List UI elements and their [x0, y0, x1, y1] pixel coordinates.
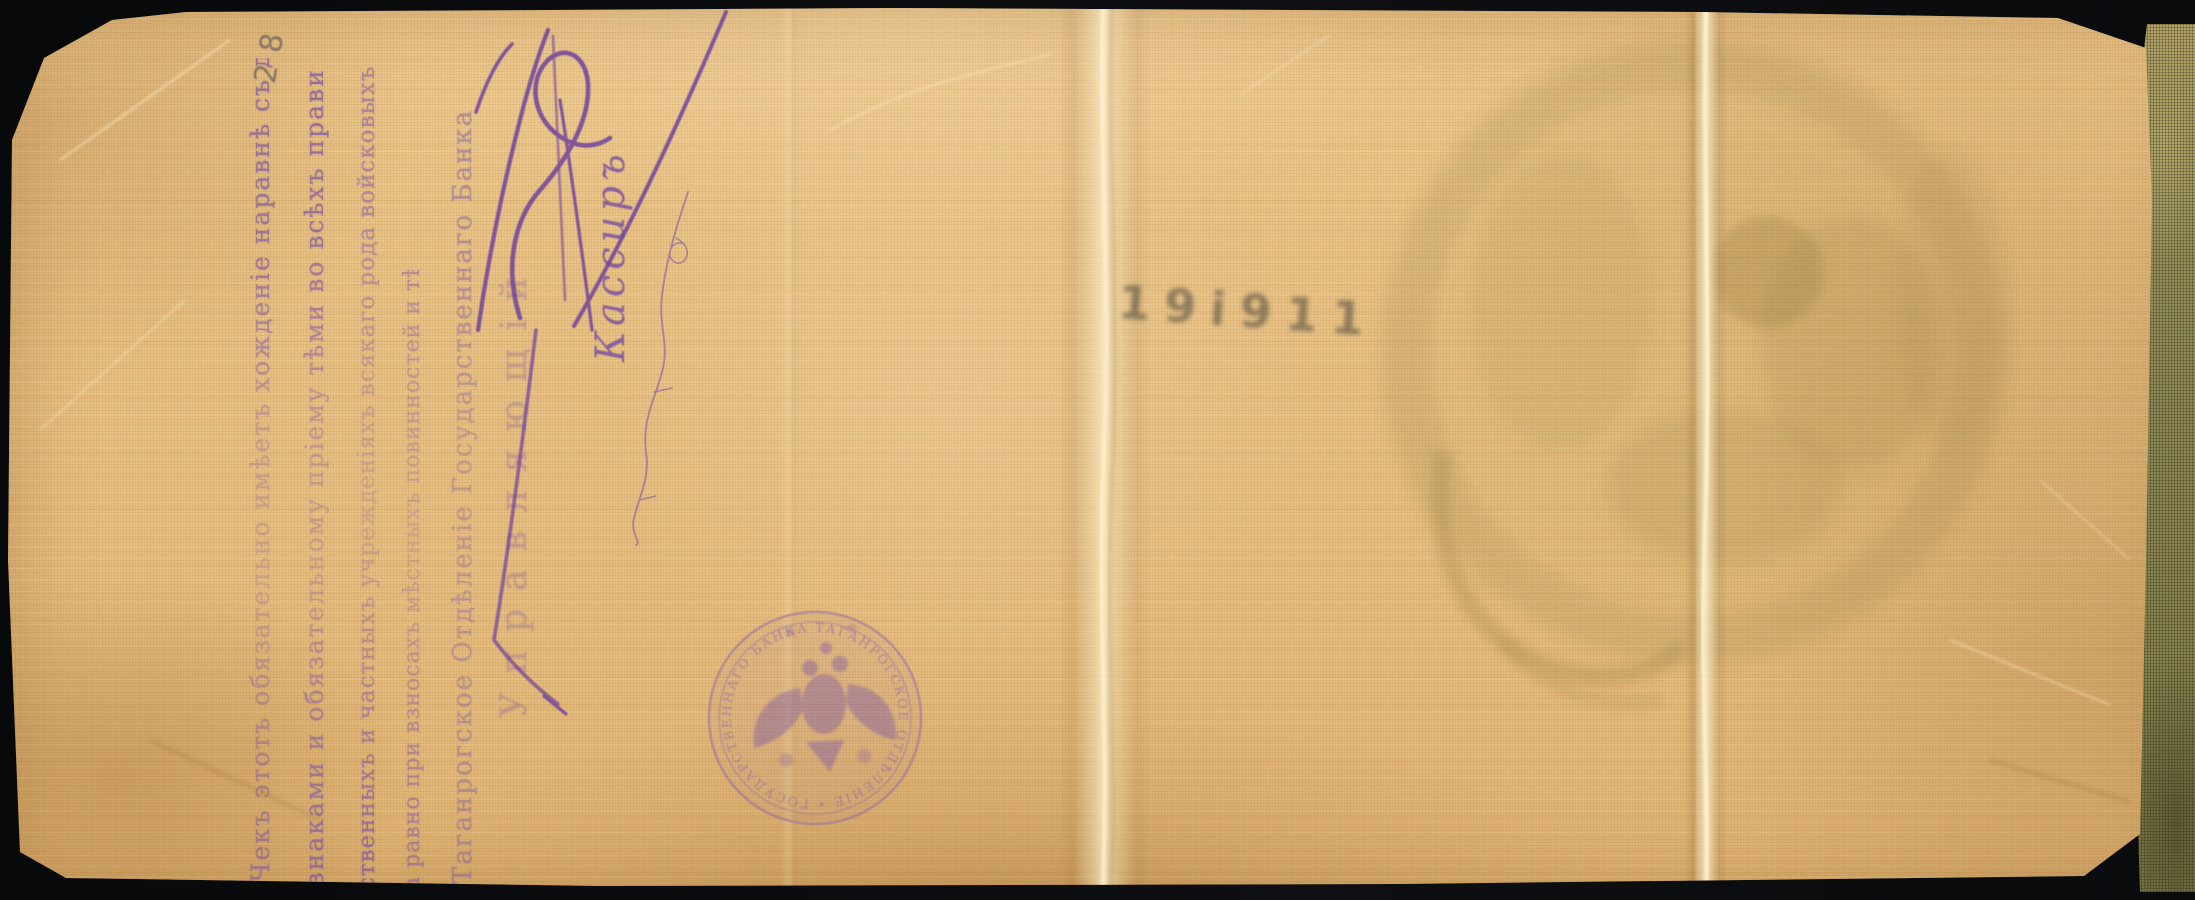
manager-title: Управляющій [494, 288, 535, 718]
overprint-line-2: знаками и обязательному пріему тѣми во в… [300, 68, 329, 886]
overprint-line-3: ственныхъ и частныхъ учрежденіяхъ всякаг… [354, 66, 380, 890]
note-paper: 19і911 Чекъ этотъ обязательно имѣетъ хож… [0, 0, 2195, 900]
fold-crease-left [780, 0, 800, 900]
scan-backdrop: 19і911 Чекъ этотъ обязательно имѣетъ хож… [0, 0, 2195, 900]
fold-crease-right [1684, 0, 1728, 900]
fold-crease-center [1058, 0, 1150, 900]
overprint-line-4: а равно при взносахъ мѣстныхъ повинносте… [400, 270, 425, 890]
issuer-line: Таганрогское Отдѣленіе Государственнаго … [448, 94, 478, 884]
overprint-line-1: Чекъ этотъ обязательно имѣетъ хожденіе н… [246, 58, 275, 882]
